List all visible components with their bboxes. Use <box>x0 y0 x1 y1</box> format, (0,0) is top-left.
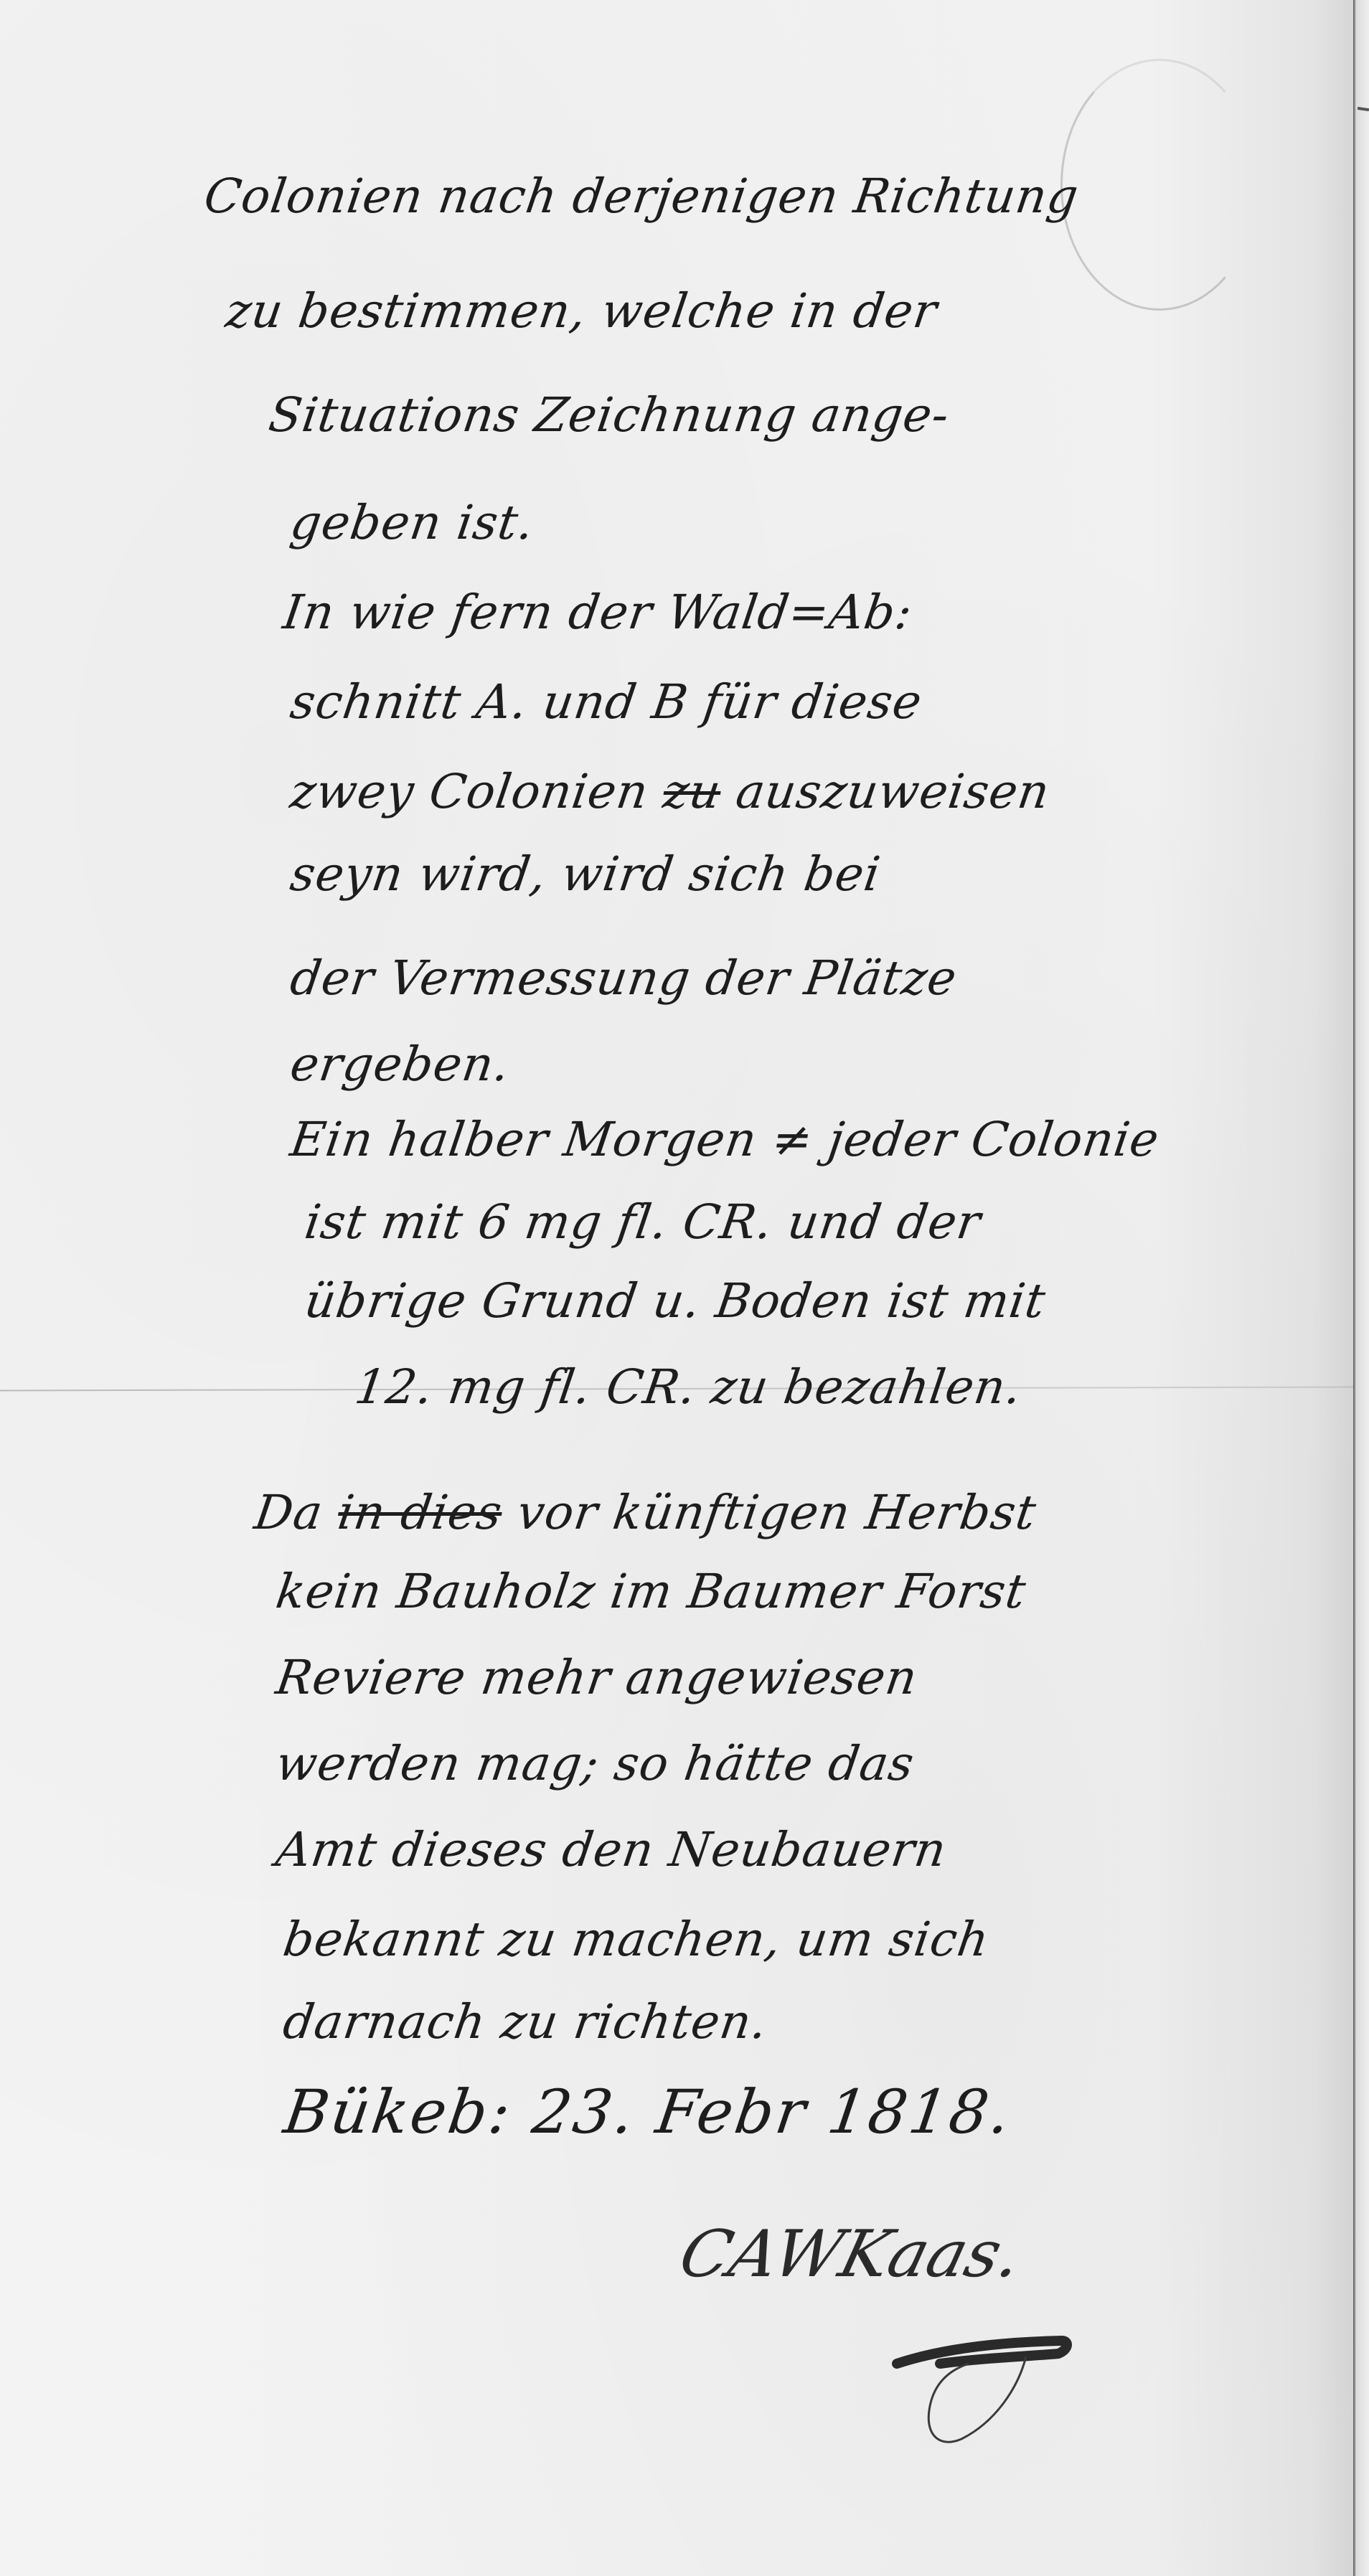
text-line-9: der Vermessung der Plätze <box>287 950 961 1006</box>
text-line-5: In wie fern der Wald=Ab: <box>280 585 916 640</box>
text-segment: zwey Colonien <box>287 764 668 819</box>
text-line-15: Da in dies vor künftigen Herbst <box>251 1485 1040 1540</box>
text-line-11: Ein halber Morgen ≠ jeder Colonie <box>287 1112 1162 1167</box>
text-line-8: seyn wird, wird sich bei <box>287 846 884 902</box>
text-line-7: zwey Colonien zu auszuweisen <box>287 764 1053 819</box>
text-segment: vor künftigen Herbst <box>498 1485 1040 1540</box>
page-edge-binding <box>1353 0 1369 2576</box>
text-segment: Da <box>251 1485 342 1540</box>
text-line-19: Amt dieses den Neubauern <box>273 1822 950 1877</box>
text-line-6: schnitt A. und B für diese <box>287 674 926 730</box>
text-line-12: ist mit 6 mg fl. CR. und der <box>301 1194 984 1250</box>
text-line-16: kein Bauholz im Baumer Forst <box>273 1564 1030 1619</box>
text-line-13: übrige Grund u. Boden ist mit <box>301 1273 1049 1329</box>
struck-out-words: in dies <box>334 1485 506 1540</box>
signature-paraph-flourish <box>854 2335 1083 2450</box>
text-line-10: ergeben. <box>287 1037 514 1092</box>
text-segment: auszuweisen <box>717 764 1053 819</box>
text-line-1: Colonien nach derjenigen Richtung <box>201 169 1082 224</box>
dateline: Bükeb: 23. Febr 1818. <box>280 2077 1017 2147</box>
text-line-18: werden mag; so hätte das <box>273 1736 918 1791</box>
text-line-3: Situations Zeichnung ange- <box>265 387 953 443</box>
text-line-20: bekannt zu machen, um sich <box>280 1912 993 1967</box>
text-line-4: geben ist. <box>287 495 537 550</box>
text-line-14: 12. mg fl. CR. zu bezahlen. <box>352 1359 1025 1415</box>
circular-stamp-impression <box>1060 59 1259 311</box>
text-line-17: Reviere mehr angewiesen <box>273 1650 921 1705</box>
text-line-21: darnach zu richten. <box>280 1994 771 2049</box>
signature: CAWKaas. <box>672 2217 1030 2292</box>
text-line-2: zu bestimmen, welche in der <box>222 283 941 339</box>
struck-out-word: zu <box>660 764 725 819</box>
